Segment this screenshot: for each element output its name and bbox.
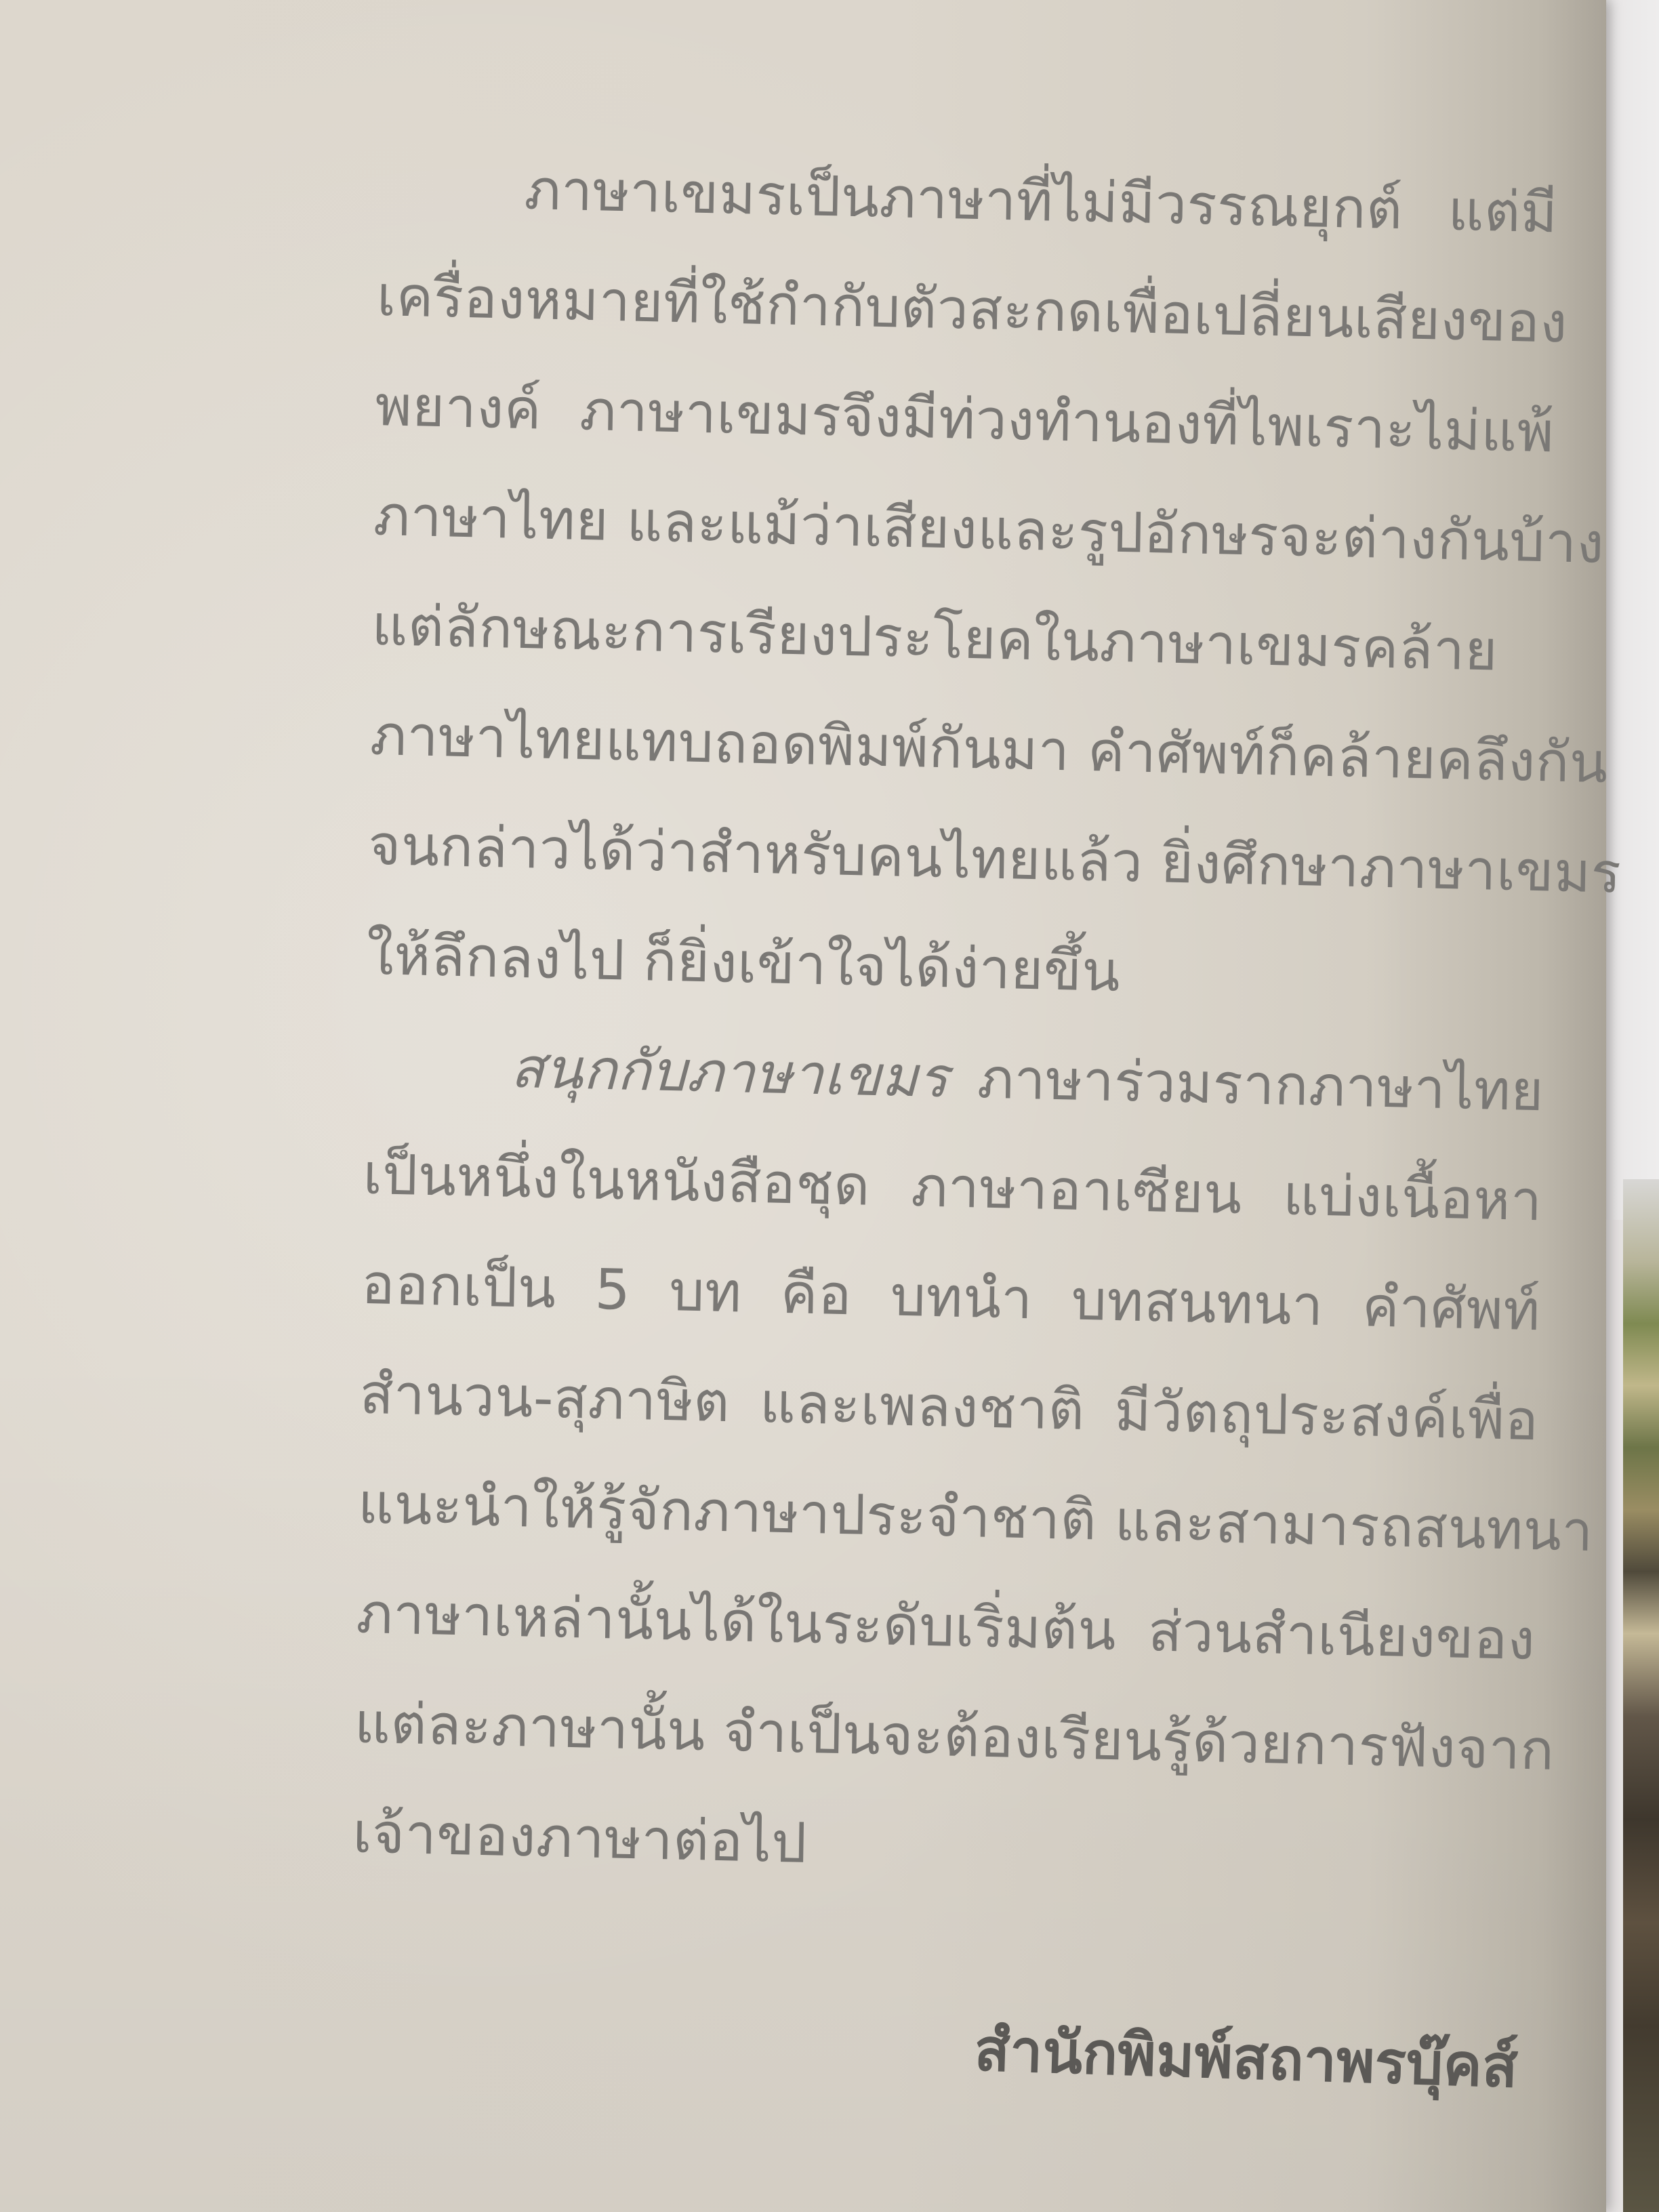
body-text: ภาษาเขมรเป็นภาษาที่ไม่มีวรรณยุกต์ แต่มี … [352, 132, 1558, 1915]
book-subtitle: ภาษาร่วมรากภาษาไทย [948, 1046, 1544, 1124]
book-title: สนุกกับภาษาเขมร [510, 1036, 949, 1111]
cover-photo-edge [1623, 1179, 1659, 2212]
publisher-signature: สำนักพิมพ์สถาพรบุ๊คส์ [973, 2003, 1519, 2112]
book-page: ภาษาเขมรเป็นภาษาที่ไม่มีวรรณยุกต์ แต่มี … [0, 0, 1606, 2212]
